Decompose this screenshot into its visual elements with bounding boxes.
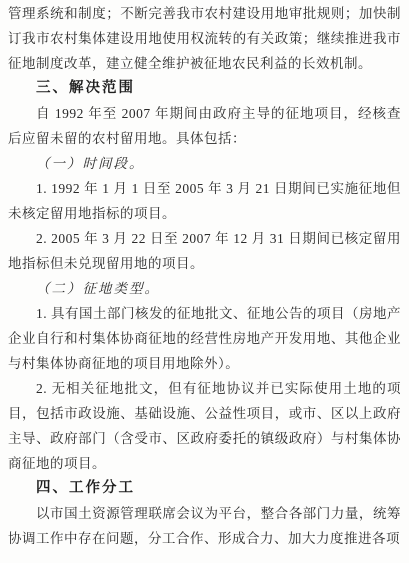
paragraph-work-division-intro: 以市国土资源管理联席会议为平台，整合各部门力量，统筹协调工作中存在问题，分工合作… xyxy=(8,501,401,551)
paragraph-scope-intro: 自 1992 年至 2007 年期间由政府主导的征地项目，经核查后应留未留的农村… xyxy=(8,101,401,151)
paragraph-time-period-item-2: 2. 2005 年 3 月 22 日至 2007 年 12 月 31 日期间已核… xyxy=(8,226,401,276)
document-page: 管理系统和制度；不断完善我市农村建设用地审批规则；加快制订我市农村集体建设用地使… xyxy=(0,0,409,563)
section-heading-four: 四、工作分工 xyxy=(8,476,401,501)
subsection-heading-time-period: （一）时间段。 xyxy=(8,151,401,176)
paragraph-requisition-type-item-1: 1. 具有国土部门核发的征地批文、征地公告的项目（房地产企业自行和村集体协商征地… xyxy=(8,301,401,376)
paragraph-time-period-item-1: 1. 1992 年 1 月 1 日至 2005 年 3 月 21 日期间已实施征… xyxy=(8,176,401,226)
paragraph-continuation: 管理系统和制度；不断完善我市农村建设用地审批规则；加快制订我市农村集体建设用地使… xyxy=(8,1,401,76)
section-heading-three: 三、解决范围 xyxy=(8,76,401,101)
paragraph-requisition-type-item-2: 2. 无相关征地批文，但有征地协议并已实际使用土地的项目，包括市政设施、基础设施… xyxy=(8,376,401,476)
subsection-heading-requisition-type: （二）征地类型。 xyxy=(8,276,401,301)
